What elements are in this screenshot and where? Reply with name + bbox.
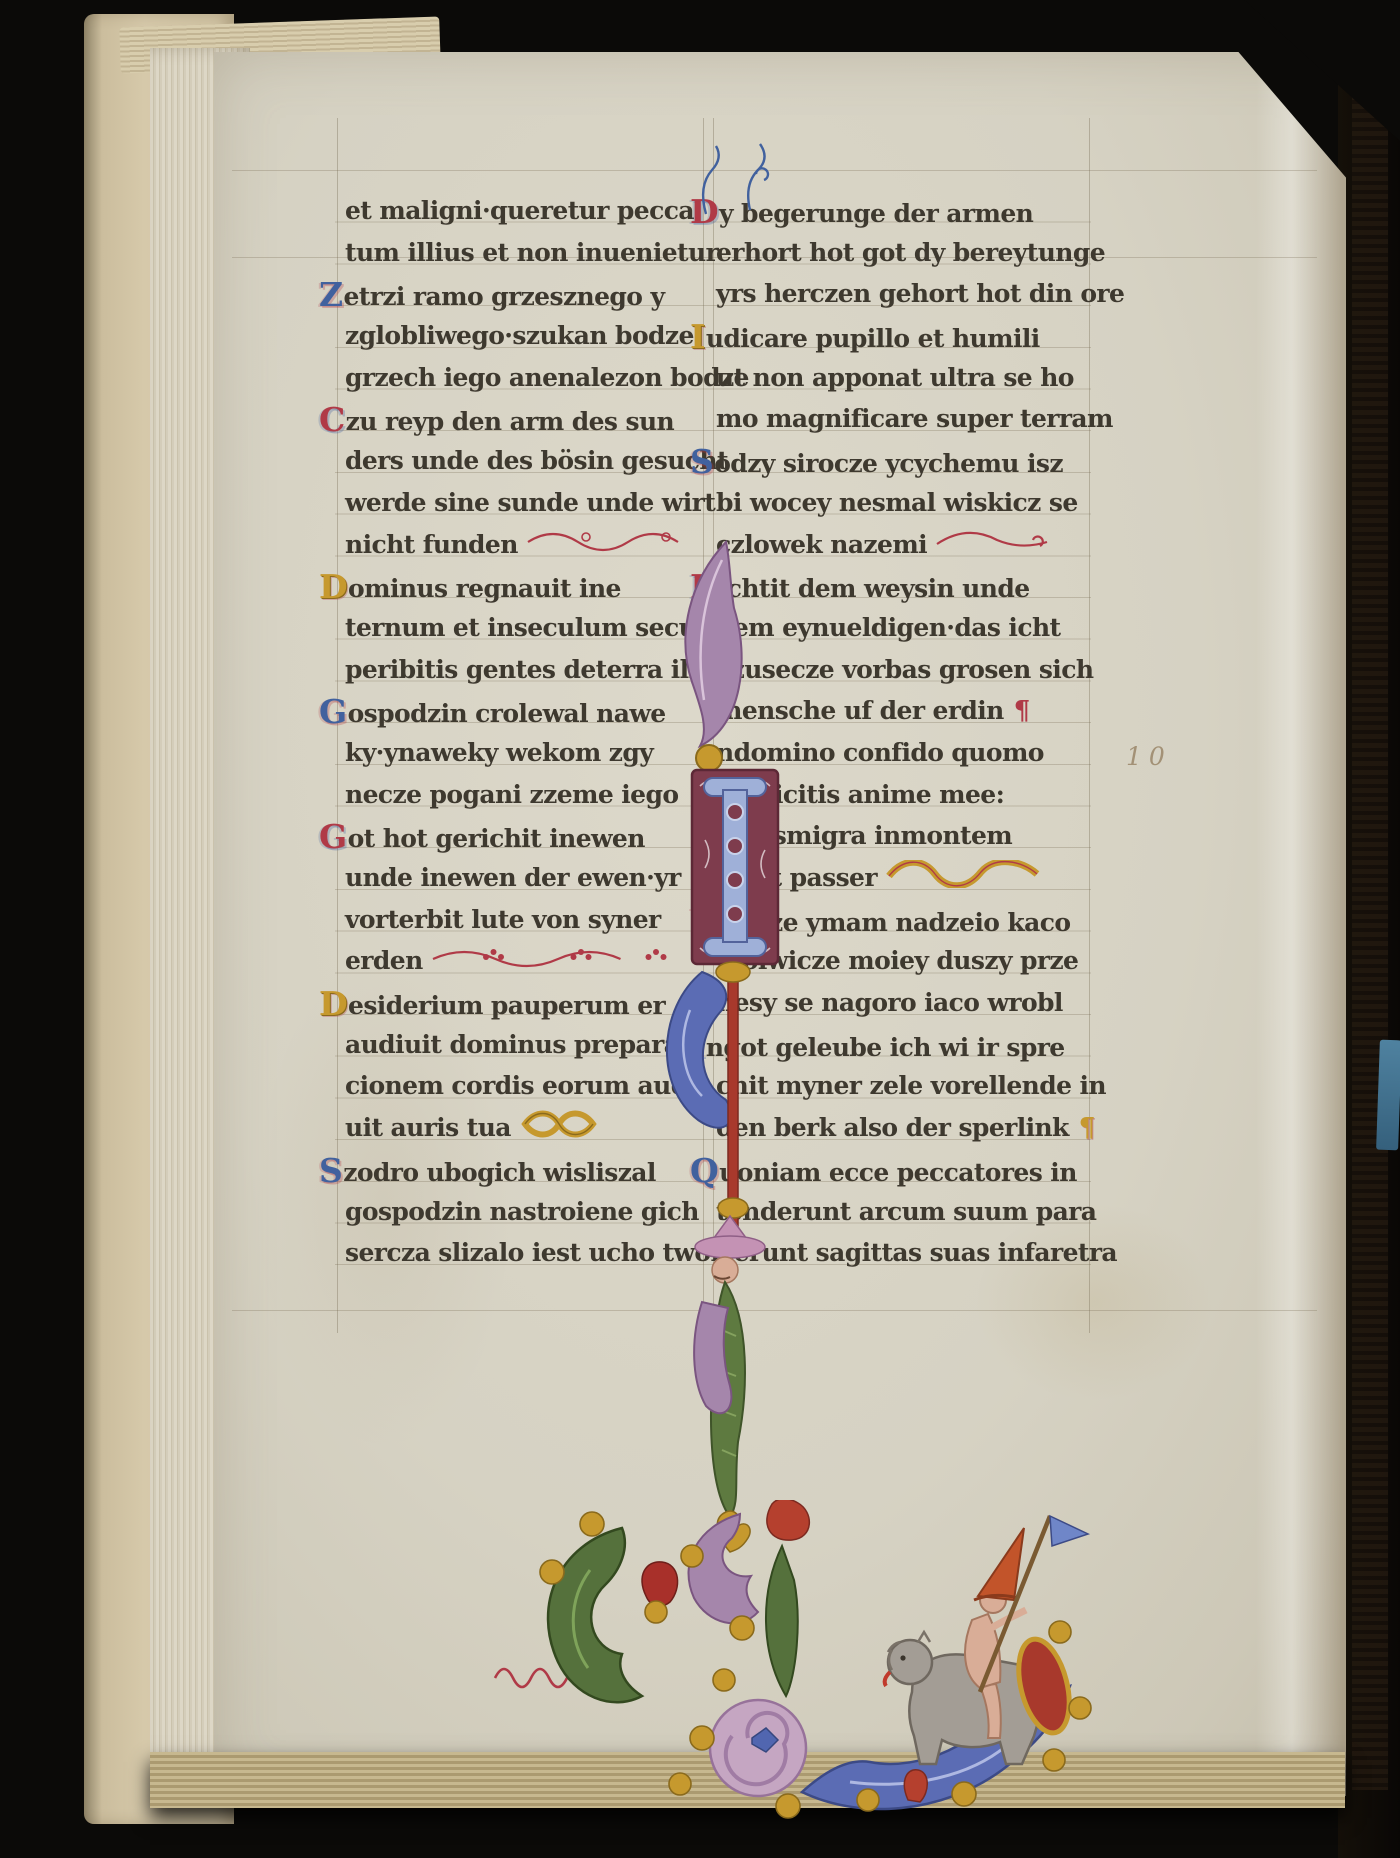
- line-text: ky·ynaweky wekom zgy: [345, 738, 653, 767]
- line-filler-ornament: [519, 1109, 631, 1151]
- line-filler-ornament: [885, 859, 1075, 901]
- line-text: ot hot gerichit inewen: [348, 824, 645, 853]
- acanthus-curl-blue: [667, 972, 731, 1128]
- ribbon-bookmark: [1376, 1040, 1400, 1151]
- line-text: erden: [345, 946, 423, 975]
- line-text: udicare pupillo et humili: [706, 324, 1040, 353]
- line-text: zu reyp den arm des sun: [346, 407, 674, 436]
- text-line: bi wocey nesmal wiskicz se: [716, 482, 1088, 524]
- line-text: tum illius et non inuenietur: [345, 238, 718, 267]
- line-text: erhort hot got dy bereytunge: [716, 238, 1105, 267]
- gold-knop: [716, 962, 750, 982]
- acanthus-leaf-lilac: [689, 1514, 758, 1623]
- line-text: uit auris tua: [345, 1113, 511, 1142]
- text-line: mo magnificare super terram: [716, 398, 1088, 440]
- text-line: et maligni·queretur pecca: [345, 190, 705, 232]
- line-text: odzy sirocze ycychemu isz: [714, 449, 1063, 478]
- text-line: Iudicare pupillo et humili: [716, 315, 1088, 357]
- line-text: ominus regnauit ine: [348, 574, 621, 603]
- line-text: ospodzin crolewal nawe: [348, 699, 666, 728]
- line-text: et maligni·queretur pecca: [345, 196, 694, 225]
- penwork-initial: G: [319, 691, 347, 733]
- manuscript-photo: et maligni·queretur peccatum illius et n…: [0, 0, 1400, 1858]
- text-line: erhort hot got dy bereytunge: [716, 232, 1088, 274]
- penwork-initial: D: [319, 566, 347, 608]
- line-text: necze pogani zzeme iego: [345, 780, 678, 809]
- text-line: ders unde des bösin gesucht: [345, 440, 705, 482]
- lion-tongue: [885, 1672, 890, 1686]
- penwork-initial: S: [319, 1150, 342, 1192]
- line-text: yrs herczen gehort hot din ore: [716, 279, 1124, 308]
- text-line: Zetrzi ramo grzesznego y: [345, 273, 705, 315]
- text-line: Czu reyp den arm des sun: [345, 398, 705, 440]
- text-line: werde sine sunde unde wirt: [345, 482, 705, 524]
- text-line: yrs herczen gehort hot din ore: [716, 273, 1088, 315]
- penwork-initial: C: [319, 399, 345, 441]
- line-text: zglobliwego·szukan bodze: [345, 321, 694, 350]
- line-text: vorterbit lute von syner: [345, 905, 661, 934]
- red-bud: [767, 1500, 809, 1540]
- folio-number: 10: [1126, 742, 1172, 771]
- line-text: nicht funden: [345, 530, 518, 559]
- penwork-initial: Z: [319, 274, 343, 316]
- text-line: ut non apponat ultra se ho: [716, 357, 1088, 399]
- penwork-initial: D: [319, 983, 347, 1025]
- book-fore-edge: [1352, 50, 1388, 1790]
- red-staff: [728, 964, 738, 1226]
- text-line: tum illius et non inuenietur: [345, 232, 705, 274]
- line-text: werde sine sunde unde wirt: [345, 488, 715, 517]
- line-text: zodro ubogich wisliszal: [343, 1158, 656, 1187]
- top-margin-penwork-icon: [688, 140, 788, 220]
- text-line: grzech iego anenalezon bodze: [345, 357, 705, 399]
- acanthus-leaf-purple-top: [685, 542, 741, 746]
- rose-bloom: [710, 1700, 806, 1796]
- penwork-initial: I: [690, 316, 705, 358]
- line-text: ut non apponat ultra se ho: [716, 363, 1074, 392]
- line-text: grzech iego anenalezon bodze: [345, 363, 749, 392]
- page-fold-shading: [1256, 52, 1346, 1796]
- bas-de-page-ornament: [440, 1500, 1100, 1820]
- pennant-flag-icon: [1050, 1516, 1088, 1546]
- line-text: bi wocey nesmal wiskicz se: [716, 488, 1078, 517]
- pilcrow-mark: ¶: [1014, 696, 1030, 726]
- text-line: Sodzy sirocze ycychemu isz: [716, 440, 1088, 482]
- illuminated-initial-I: [692, 770, 778, 964]
- penwork-initial: G: [319, 816, 347, 858]
- gold-bezant: [696, 745, 722, 771]
- line-text: ders unde des bösin gesucht: [345, 446, 728, 475]
- line-text: esiderium pauperum er: [348, 991, 665, 1020]
- pilcrow-mark: ¶: [1079, 1113, 1095, 1143]
- gutter-illuminated-initial-ornament: [630, 540, 830, 1570]
- penwork-initial: S: [690, 441, 713, 483]
- line-text: etrzi ramo grzesznego y: [344, 282, 665, 311]
- line-filler-ornament: [935, 525, 1055, 567]
- pointed-hat-icon: [978, 1528, 1024, 1600]
- green-stem-leaf: [766, 1546, 798, 1696]
- gold-knop: [718, 1198, 748, 1218]
- text-line: zglobliwego·szukan bodze: [345, 315, 705, 357]
- line-text: mo magnificare super terram: [716, 404, 1113, 433]
